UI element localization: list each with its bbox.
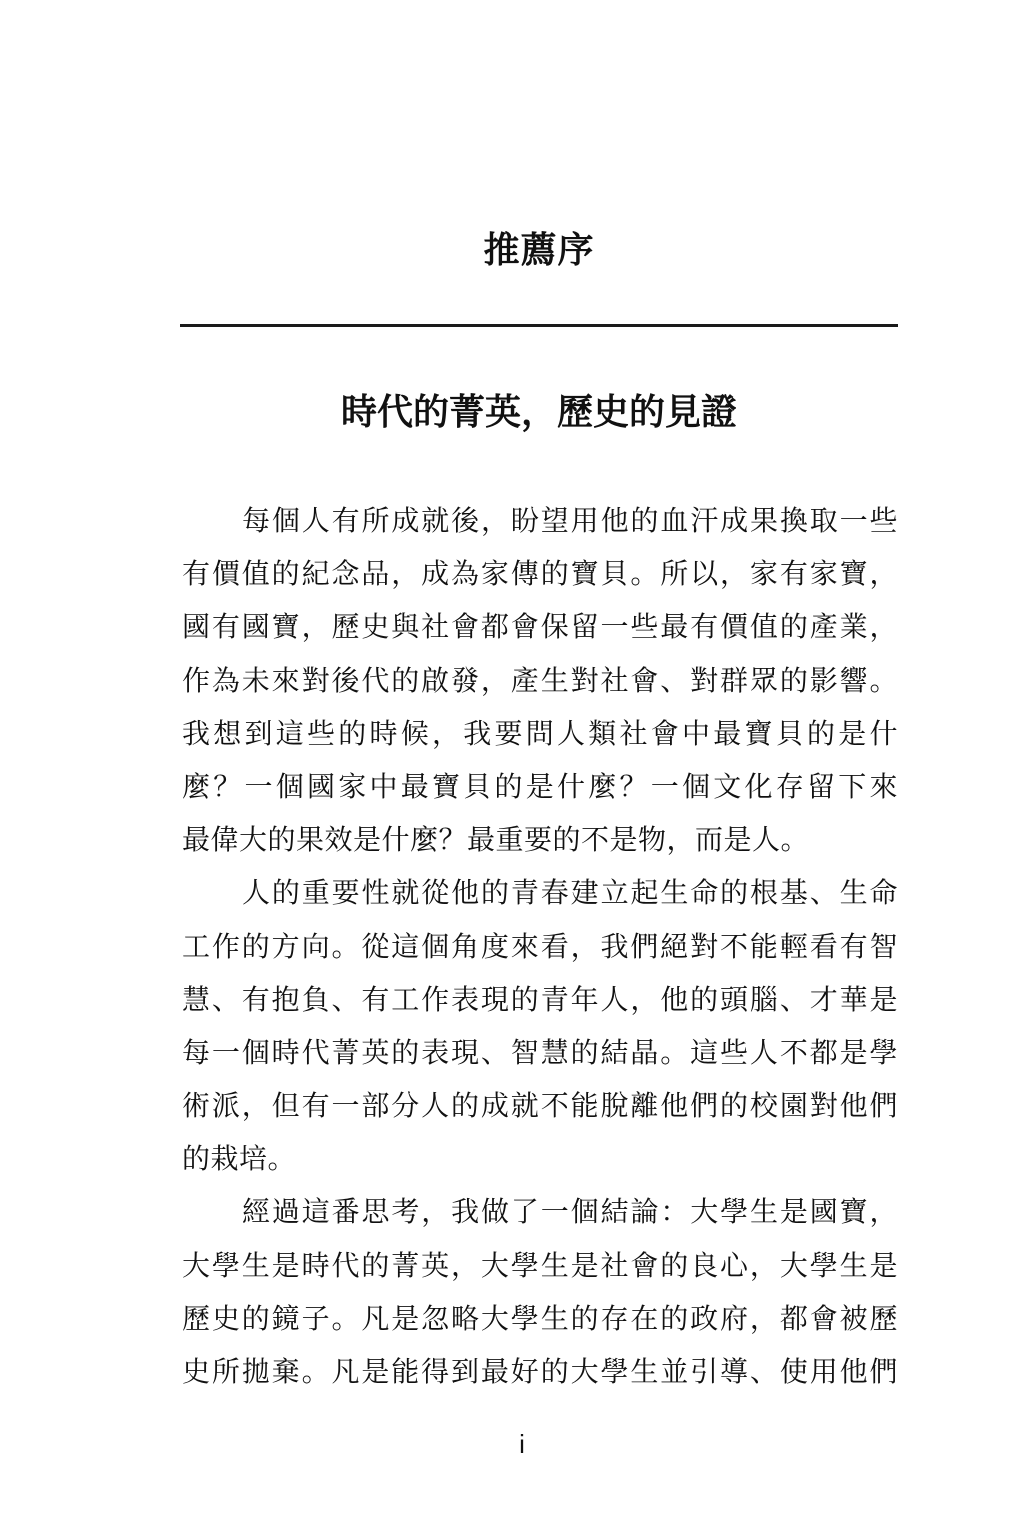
body-line: 每個人有所成就後，盼望用他的血汗成果換取一些: [182, 494, 898, 547]
body-line: 每一個時代菁英的表現、智慧的結晶。這些人不都是學: [182, 1026, 898, 1079]
essay-title: 時代的菁英，歷史的見證: [180, 384, 898, 440]
title-divider: [180, 324, 898, 327]
body-line: 國有國寶，歷史與社會都會保留一些最有價值的產業，: [182, 600, 898, 653]
body-line: 我想到這些的時候，我要問人類社會中最寶貝的是什: [182, 707, 898, 760]
body-line: 經過這番思考，我做了一個結論：大學生是國寶，: [182, 1185, 898, 1238]
body-line: 作為未來對後代的啟發，產生對社會、對群眾的影響。: [182, 654, 898, 707]
body-line: 慧、有抱負、有工作表現的青年人，他的頭腦、才華是: [182, 973, 898, 1026]
body-line: 工作的方向。從這個角度來看，我們絕對不能輕看有智: [182, 920, 898, 973]
body-line: 術派，但有一部分人的成就不能脫離他們的校園對他們: [182, 1079, 898, 1132]
body-line: 人的重要性就從他的青春建立起生命的根基、生命: [182, 866, 898, 919]
body-line: 最偉大的果效是什麼？最重要的不是物，而是人。: [182, 813, 898, 866]
body-line: 歷史的鏡子。凡是忽略大學生的存在的政府，都會被歷: [182, 1292, 898, 1345]
body-line: 史所拋棄。凡是能得到最好的大學生並引導、使用他們: [182, 1345, 898, 1398]
body-text: 每個人有所成就後，盼望用他的血汗成果換取一些 有價值的紀念品，成為家傳的寶貝。所…: [182, 494, 898, 1398]
body-line: 的栽培。: [182, 1132, 898, 1185]
body-line: 大學生是時代的菁英，大學生是社會的良心，大學生是: [182, 1239, 898, 1292]
body-line: 麼？一個國家中最寶貝的是什麼？一個文化存留下來: [182, 760, 898, 813]
page-number: i: [0, 1424, 1024, 1464]
document-page: 推薦序 時代的菁英，歷史的見證 每個人有所成就後，盼望用他的血汗成果換取一些 有…: [0, 0, 1024, 1530]
section-title: 推薦序: [0, 222, 1024, 278]
body-line: 有價值的紀念品，成為家傳的寶貝。所以，家有家寶，: [182, 547, 898, 600]
